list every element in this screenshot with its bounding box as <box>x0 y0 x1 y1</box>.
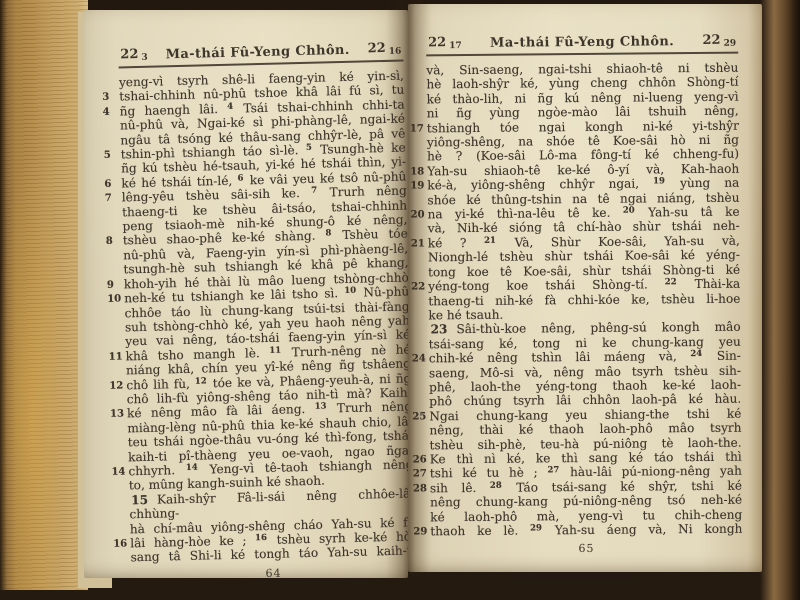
left-page: 223 Ma-thái Fû-Yeng Chhôn. 2216 yeng-vì … <box>84 10 408 578</box>
text-block: và, Sin-saeng, ngai-tshi shiaoh-tê ni ts… <box>426 61 742 539</box>
chapter-ref-right: 2229 <box>702 29 736 49</box>
verse-number-margin: 21 <box>411 237 425 252</box>
verse-number-margin: 28 <box>413 482 427 497</box>
verse-number: 29 <box>724 39 737 49</box>
page-title: Ma-thái Fû-Yeng Chhôn. <box>165 43 349 62</box>
verse-number-margin: 19 <box>410 180 424 195</box>
page-number: 64 <box>131 563 416 583</box>
open-book-photo: 223 Ma-thái Fû-Yeng Chhôn. 2216 yeng-vì … <box>0 0 800 600</box>
verse-number-margin: 6 <box>104 178 111 193</box>
verse-number-margin: 14 <box>111 465 125 480</box>
verse-number-margin: 12 <box>109 379 123 394</box>
verse-number-margin: 17 <box>410 122 424 137</box>
verse-number: 3 <box>141 53 148 63</box>
verse-number-margin: 20 <box>411 208 425 223</box>
verse-number: 16 <box>389 47 402 57</box>
verse-number-margin: 7 <box>105 192 112 207</box>
chapter-number: 22 <box>702 33 720 48</box>
paragraph-verse-number: 15 <box>131 493 148 507</box>
chapter-ref-right: 2216 <box>367 37 401 58</box>
verse-number-margin: 11 <box>109 350 123 365</box>
chapter-number: 22 <box>120 47 138 62</box>
verse-number-margin: 22 <box>411 280 425 295</box>
verse-number-margin: 4 <box>103 106 110 121</box>
right-page: 2217 Ma-thái Fû-Yeng Chhôn. 2229 và, Sin… <box>408 4 762 572</box>
line-text: ke hé tsauh. <box>428 308 503 323</box>
chapter-ref-left: 223 <box>120 43 148 64</box>
running-header-left: 223 Ma-thái Fû-Yeng Chhôn. 2216 <box>118 37 404 69</box>
book-fore-edge <box>0 0 88 590</box>
verse-number-margin: 27 <box>413 468 427 483</box>
verse-number-margin: 29 <box>413 525 427 540</box>
verse-number-margin: 25 <box>412 410 426 425</box>
page-number: 65 <box>430 541 742 557</box>
line-text: thaoh ke lè. 29 Yah-su áeng và, Ni kongh <box>430 522 742 539</box>
verse-number-margin: 24 <box>412 353 426 368</box>
verse-number: 17 <box>449 41 462 51</box>
page-title: Ma-thái Fû-Yeng Chhôn. <box>490 34 674 51</box>
paragraph-verse-number: 23 <box>431 322 448 336</box>
verse-number-margin: 26 <box>413 453 427 468</box>
chapter-number: 22 <box>428 35 446 50</box>
book-right-edge <box>760 0 800 600</box>
verse-number-margin: 9 <box>107 278 114 293</box>
verse-number-margin: 5 <box>104 149 111 164</box>
running-header-right: 2217 Ma-thái Fû-Yeng Chhôn. 2229 <box>426 29 738 57</box>
text-line: 29thaoh ke lè. 29 Yah-su áeng và, Ni kon… <box>430 522 742 539</box>
chapter-number: 22 <box>367 41 385 56</box>
verse-number-margin: 8 <box>106 235 113 250</box>
verse-number-margin: 10 <box>107 293 121 308</box>
text-block: yeng-vì tsyrh shê-li faeng-yin ké yin-sì… <box>119 69 416 566</box>
verse-number-margin: 16 <box>113 537 127 552</box>
verse-number-margin: 13 <box>110 408 124 423</box>
verse-number-margin: 18 <box>410 165 424 180</box>
chapter-ref-left: 2217 <box>428 31 462 51</box>
verse-number-margin: 3 <box>102 91 109 106</box>
